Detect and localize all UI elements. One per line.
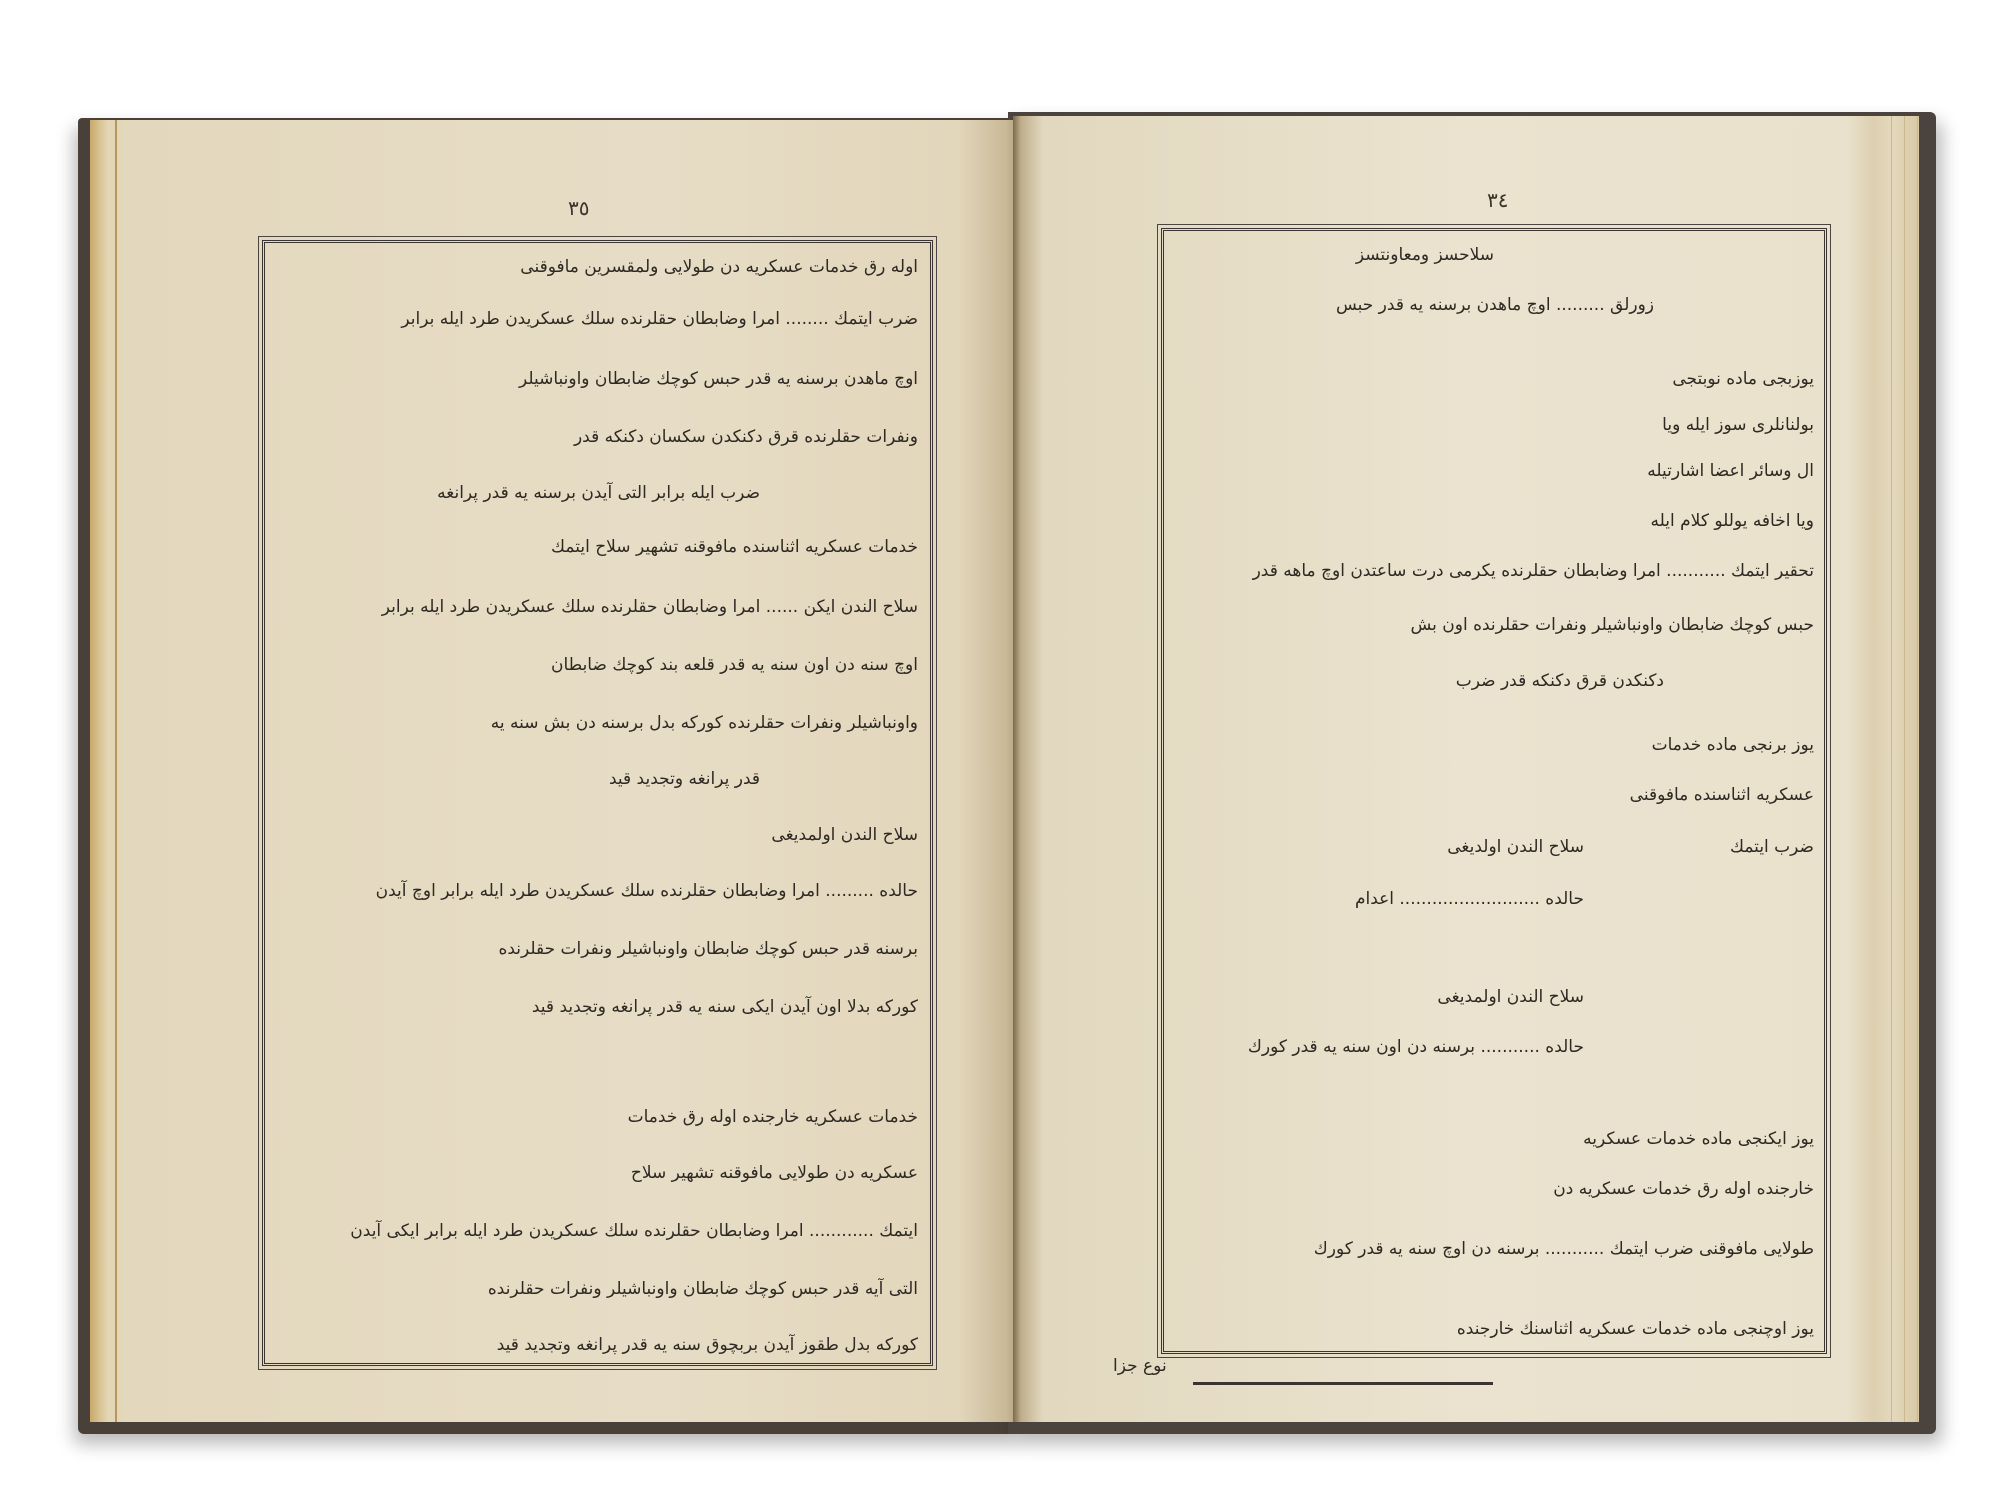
footer-rule — [1193, 1382, 1493, 1385]
text-line: ضرب ايله برابر التى آيدن برسنه يه قدر پر… — [437, 485, 760, 502]
left-page: ٣٥ اوله رق خدمات عسكريه دن طولايى ولمقسر… — [90, 120, 1035, 1422]
text-line: خدمات عسكريه خارجنده اوله رق خدمات — [628, 1109, 918, 1126]
text-line: دكنكدن قرق دكنكه قدر ضرب — [1456, 673, 1664, 690]
text-line: اوچ سنه دن اون سنه يه قدر قلعه بند كوچك … — [551, 657, 918, 674]
text-line: خارجنده اوله رق خدمات عسكريه دن — [1553, 1181, 1814, 1198]
text-line: ونفرات حقلرنده قرق دكنكدن سكسان دكنكه قد… — [574, 429, 918, 446]
text-line: ضرب ايتمك — [1730, 839, 1814, 856]
text-line: طولايى مافوقنى ضرب ايتمك ........... برس… — [1314, 1241, 1814, 1258]
text-line: ويا اخافه يوللو كلام ايله — [1651, 513, 1814, 530]
text-line: حالده ......... امرا وضابطان حقلرنده سلك… — [376, 883, 918, 900]
text-line: كوركه بدل طقوز آيدن بربچوق سنه يه قدر پر… — [497, 1337, 918, 1354]
text-line: حبس كوچك ضابطان واونباشيلر ونفرات حقلرند… — [1410, 617, 1814, 634]
text-line: اوله رق خدمات عسكريه دن طولايى ولمقسرين … — [520, 259, 918, 276]
text-line: قدر پرانغه وتجديد قيد — [609, 771, 760, 788]
left-page-edges — [90, 120, 117, 1422]
text-line: ضرب ايتمك ........ امرا وضابطان حقلرنده … — [401, 311, 918, 328]
text-line: يوز ايكنجى ماده خدمات عسكريه — [1583, 1131, 1814, 1148]
text-line: زورلق ......... اوچ ماهدن برسنه يه قدر ح… — [1336, 297, 1654, 314]
text-line: برسنه قدر حبس كوچك ضابطان واونباشيلر ونف… — [498, 941, 918, 958]
text-line: كوركه بدلا اون آيدن ايكى سنه يه قدر پران… — [532, 999, 918, 1016]
text-line: تحقير ايتمك ........... امرا وضابطان حقل… — [1253, 563, 1814, 580]
text-line: ايتمك ............ امرا وضابطان حقلرنده … — [350, 1223, 918, 1240]
text-line: بولنانلرى سوز ايله ويا — [1662, 417, 1814, 434]
text-line: خدمات عسكريه اثناسنده مافوقنه تشهير سلاح… — [551, 539, 918, 556]
text-line: حالده ........... برسنه دن اون سنه يه قد… — [1248, 1039, 1584, 1056]
text-line: واونباشيلر ونفرات حقلرنده كوركه بدل برسن… — [491, 715, 918, 732]
right-page: ٣٤ سلاحسز ومعاونتسز زورلق ......... اوچ … — [1013, 116, 1919, 1422]
left-page-frame: اوله رق خدمات عسكريه دن طولايى ولمقسرين … — [262, 240, 933, 1366]
text-line: يوز اوچنجى ماده خدمات عسكريه اثناسنك خار… — [1457, 1321, 1814, 1338]
text-line: عسكريه اثناسنده مافوقنى — [1630, 787, 1814, 804]
text-line: سلاح الندن اولمديغى — [1437, 989, 1584, 1006]
text-line: يوز برنجى ماده خدمات — [1652, 737, 1814, 754]
right-page-frame: سلاحسز ومعاونتسز زورلق ......... اوچ ماه… — [1161, 228, 1827, 1354]
text-line: التى آيه قدر حبس كوچك ضابطان واونباشيلر … — [488, 1281, 918, 1298]
text-line: سلاح الندن اولديغى — [1447, 839, 1584, 856]
footer-signature: نوع جزا — [1113, 1356, 1167, 1376]
right-page-number: ٣٤ — [1487, 188, 1508, 212]
left-page-number: ٣٥ — [568, 196, 589, 220]
open-book: ٣٥ اوله رق خدمات عسكريه دن طولايى ولمقسر… — [78, 112, 1936, 1434]
text-line: ال وسائر اعضا اشارتيله — [1647, 463, 1814, 480]
text-line: حالده .......................... اعدام — [1355, 891, 1584, 908]
text-line: سلاحسز ومعاونتسز — [1356, 247, 1494, 264]
text-line: عسكريه دن طولايى مافوقنه تشهير سلاح — [631, 1165, 918, 1182]
right-page-edges — [1879, 116, 1919, 1422]
text-line: يوزبجى ماده نوبتجى — [1672, 371, 1814, 388]
text-line: سلاح الندن اولمديغى — [771, 827, 918, 844]
text-line: سلاح الندن ايكن ...... امرا وضابطان حقلر… — [382, 599, 918, 616]
text-line: اوچ ماهدن برسنه يه قدر حبس كوچك ضابطان و… — [519, 371, 918, 388]
